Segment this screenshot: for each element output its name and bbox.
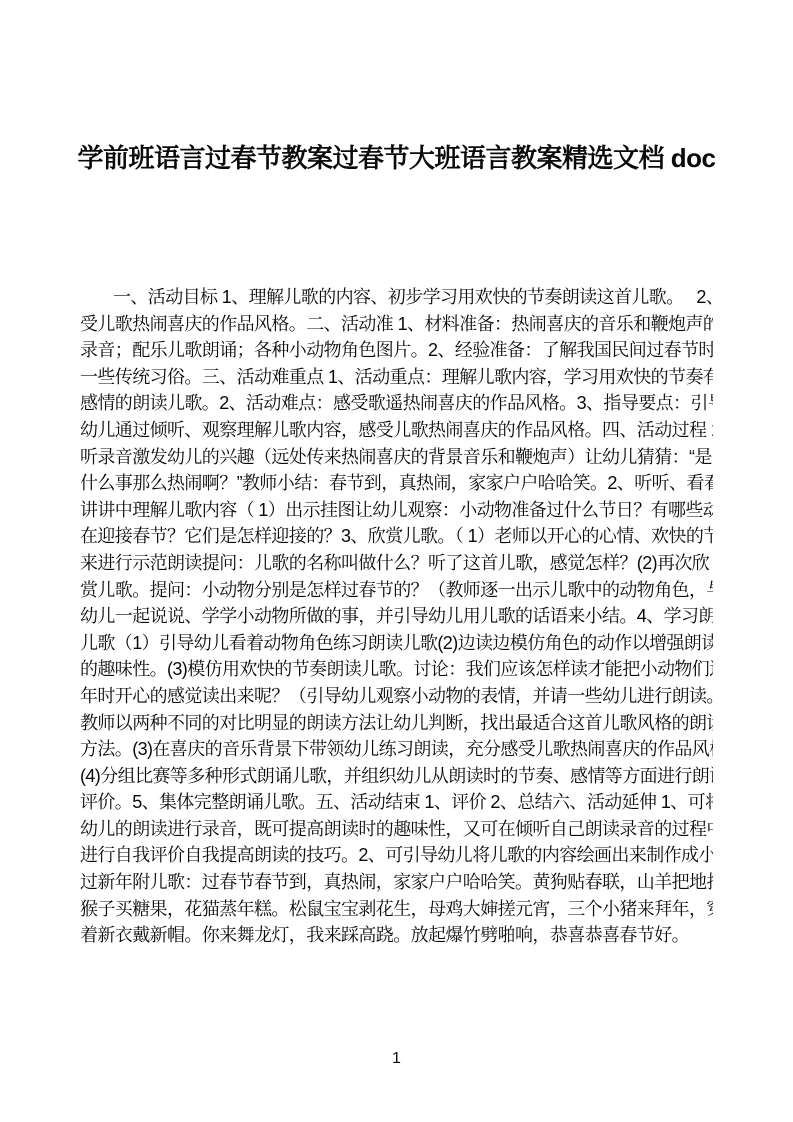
text-line: 听录音激发幼儿的兴趣（远处传来热闹喜庆的背景音乐和鞭炮声）让幼儿猜猜：“是	[80, 444, 713, 471]
page-number: 1	[0, 1050, 793, 1068]
text-line: 录音；配乐儿歌朗诵；各种小动物角色图片。2、经验准备：了解我国民间过春节时的	[80, 337, 713, 364]
text-line: 来进行示范朗读提问：儿歌的名称叫做什么？听了这首儿歌，感觉怎样？(2)再次欣	[80, 550, 713, 577]
text-line: 什么事那么热闹啊？”教师小结：春节到，真热闹，家家户户哈哈笑。2、听听、看看	[80, 470, 713, 497]
text-line: 评价。5、集体完整朗诵儿歌。五、活动结束 1、评价 2、总结六、活动延伸 1、可…	[80, 789, 713, 816]
text-line: 进行自我评价自我提高朗读的技巧。2、可引导幼儿将儿歌的内容绘画出来制作成小卡	[80, 842, 713, 869]
text-line: 在迎接春节？它们是怎样迎接的？3、欣赏儿歌。（ 1）老师以开心的心情、欢快的节奏	[80, 523, 713, 550]
text-line: 幼儿的朗读进行录音，既可提高朗读时的趣味性，又可在倾听自己朗读录音的过程中	[80, 816, 713, 843]
text-line: 赏儿歌。提问：小动物分别是怎样过春节的？（教师逐一出示儿歌中的动物角色，与	[80, 577, 713, 604]
text-line: 幼儿一起说说、学学小动物所做的事，并引导幼儿用儿歌的话语来小结。4、学习朗读	[80, 603, 713, 630]
text-line: 猴子买糖果，花猫蒸年糕。松鼠宝宝剥花生，母鸡大婶搓元宵，三个小猪来拜年，穿	[80, 896, 713, 923]
text-line: 幼儿通过倾听、观察理解儿歌内容，感受儿歌热闹喜庆的作品风格。四、活动过程 1、	[80, 417, 713, 444]
text-line: 着新衣戴新帽。你来舞龙灯，我来踩高跷。放起爆竹劈啪响，恭喜恭喜春节好。	[80, 922, 713, 949]
text-line: 儿歌（1）引导幼儿看着动物角色练习朗读儿歌(2)边读边模仿角色的动作以增强朗读	[80, 630, 713, 657]
text-line: (4)分组比赛等多种形式朗诵儿歌，并组织幼儿从朗读时的节奏、感情等方面进行朗读	[80, 763, 713, 790]
text-line: 过新年附儿歌：过春节春节到，真热闹，家家户户哈哈笑。黄狗贴春联，山羊把地扫	[80, 869, 713, 896]
document-page: 学前班语言过春节教案过春节大班语言教案精选文档 doc 一、活动目标 1、理解儿…	[0, 0, 793, 1122]
text-line: 感情的朗读儿歌。2、活动难点：感受歌遥热闹喜庆的作品风格。3、指导要点：引导	[80, 390, 713, 417]
text-line: 方法。(3)在喜庆的音乐背景下带领幼儿练习朗读，充分感受儿歌热闹喜庆的作品风格。	[80, 736, 713, 763]
text-line: 一、活动目标 1、理解儿歌的内容、初步学习用欢快的节奏朗读这首儿歌。 2、感	[80, 284, 713, 311]
document-body: 一、活动目标 1、理解儿歌的内容、初步学习用欢快的节奏朗读这首儿歌。 2、感 受…	[80, 284, 713, 949]
text-line: 讲讲中理解儿歌内容（ 1）出示挂图让幼儿观察：小动物准备过什么节日？有哪些动物	[80, 497, 713, 524]
text-line: 的趣味性。(3)模仿用欢快的节奏朗读儿歌。讨论：我们应该怎样读才能把小动物们过	[80, 656, 713, 683]
text-line: 教师以两种不同的对比明显的朗读方法让幼儿判断，找出最适合这首儿歌风格的朗读	[80, 710, 713, 737]
text-line: 年时开心的感觉读出来呢？（引导幼儿观察小动物的表情，并请一些幼儿进行朗读。	[80, 683, 713, 710]
text-line: 一些传统习俗。三、活动难重点 1、活动重点：理解儿歌内容，学习用欢快的节奏有	[80, 364, 713, 391]
document-title: 学前班语言过春节教案过春节大班语言教案精选文档 doc	[0, 138, 793, 175]
text-line: 受儿歌热闹喜庆的作品风格。二、活动准 1、材料准备：热闹喜庆的音乐和鞭炮声的	[80, 311, 713, 338]
